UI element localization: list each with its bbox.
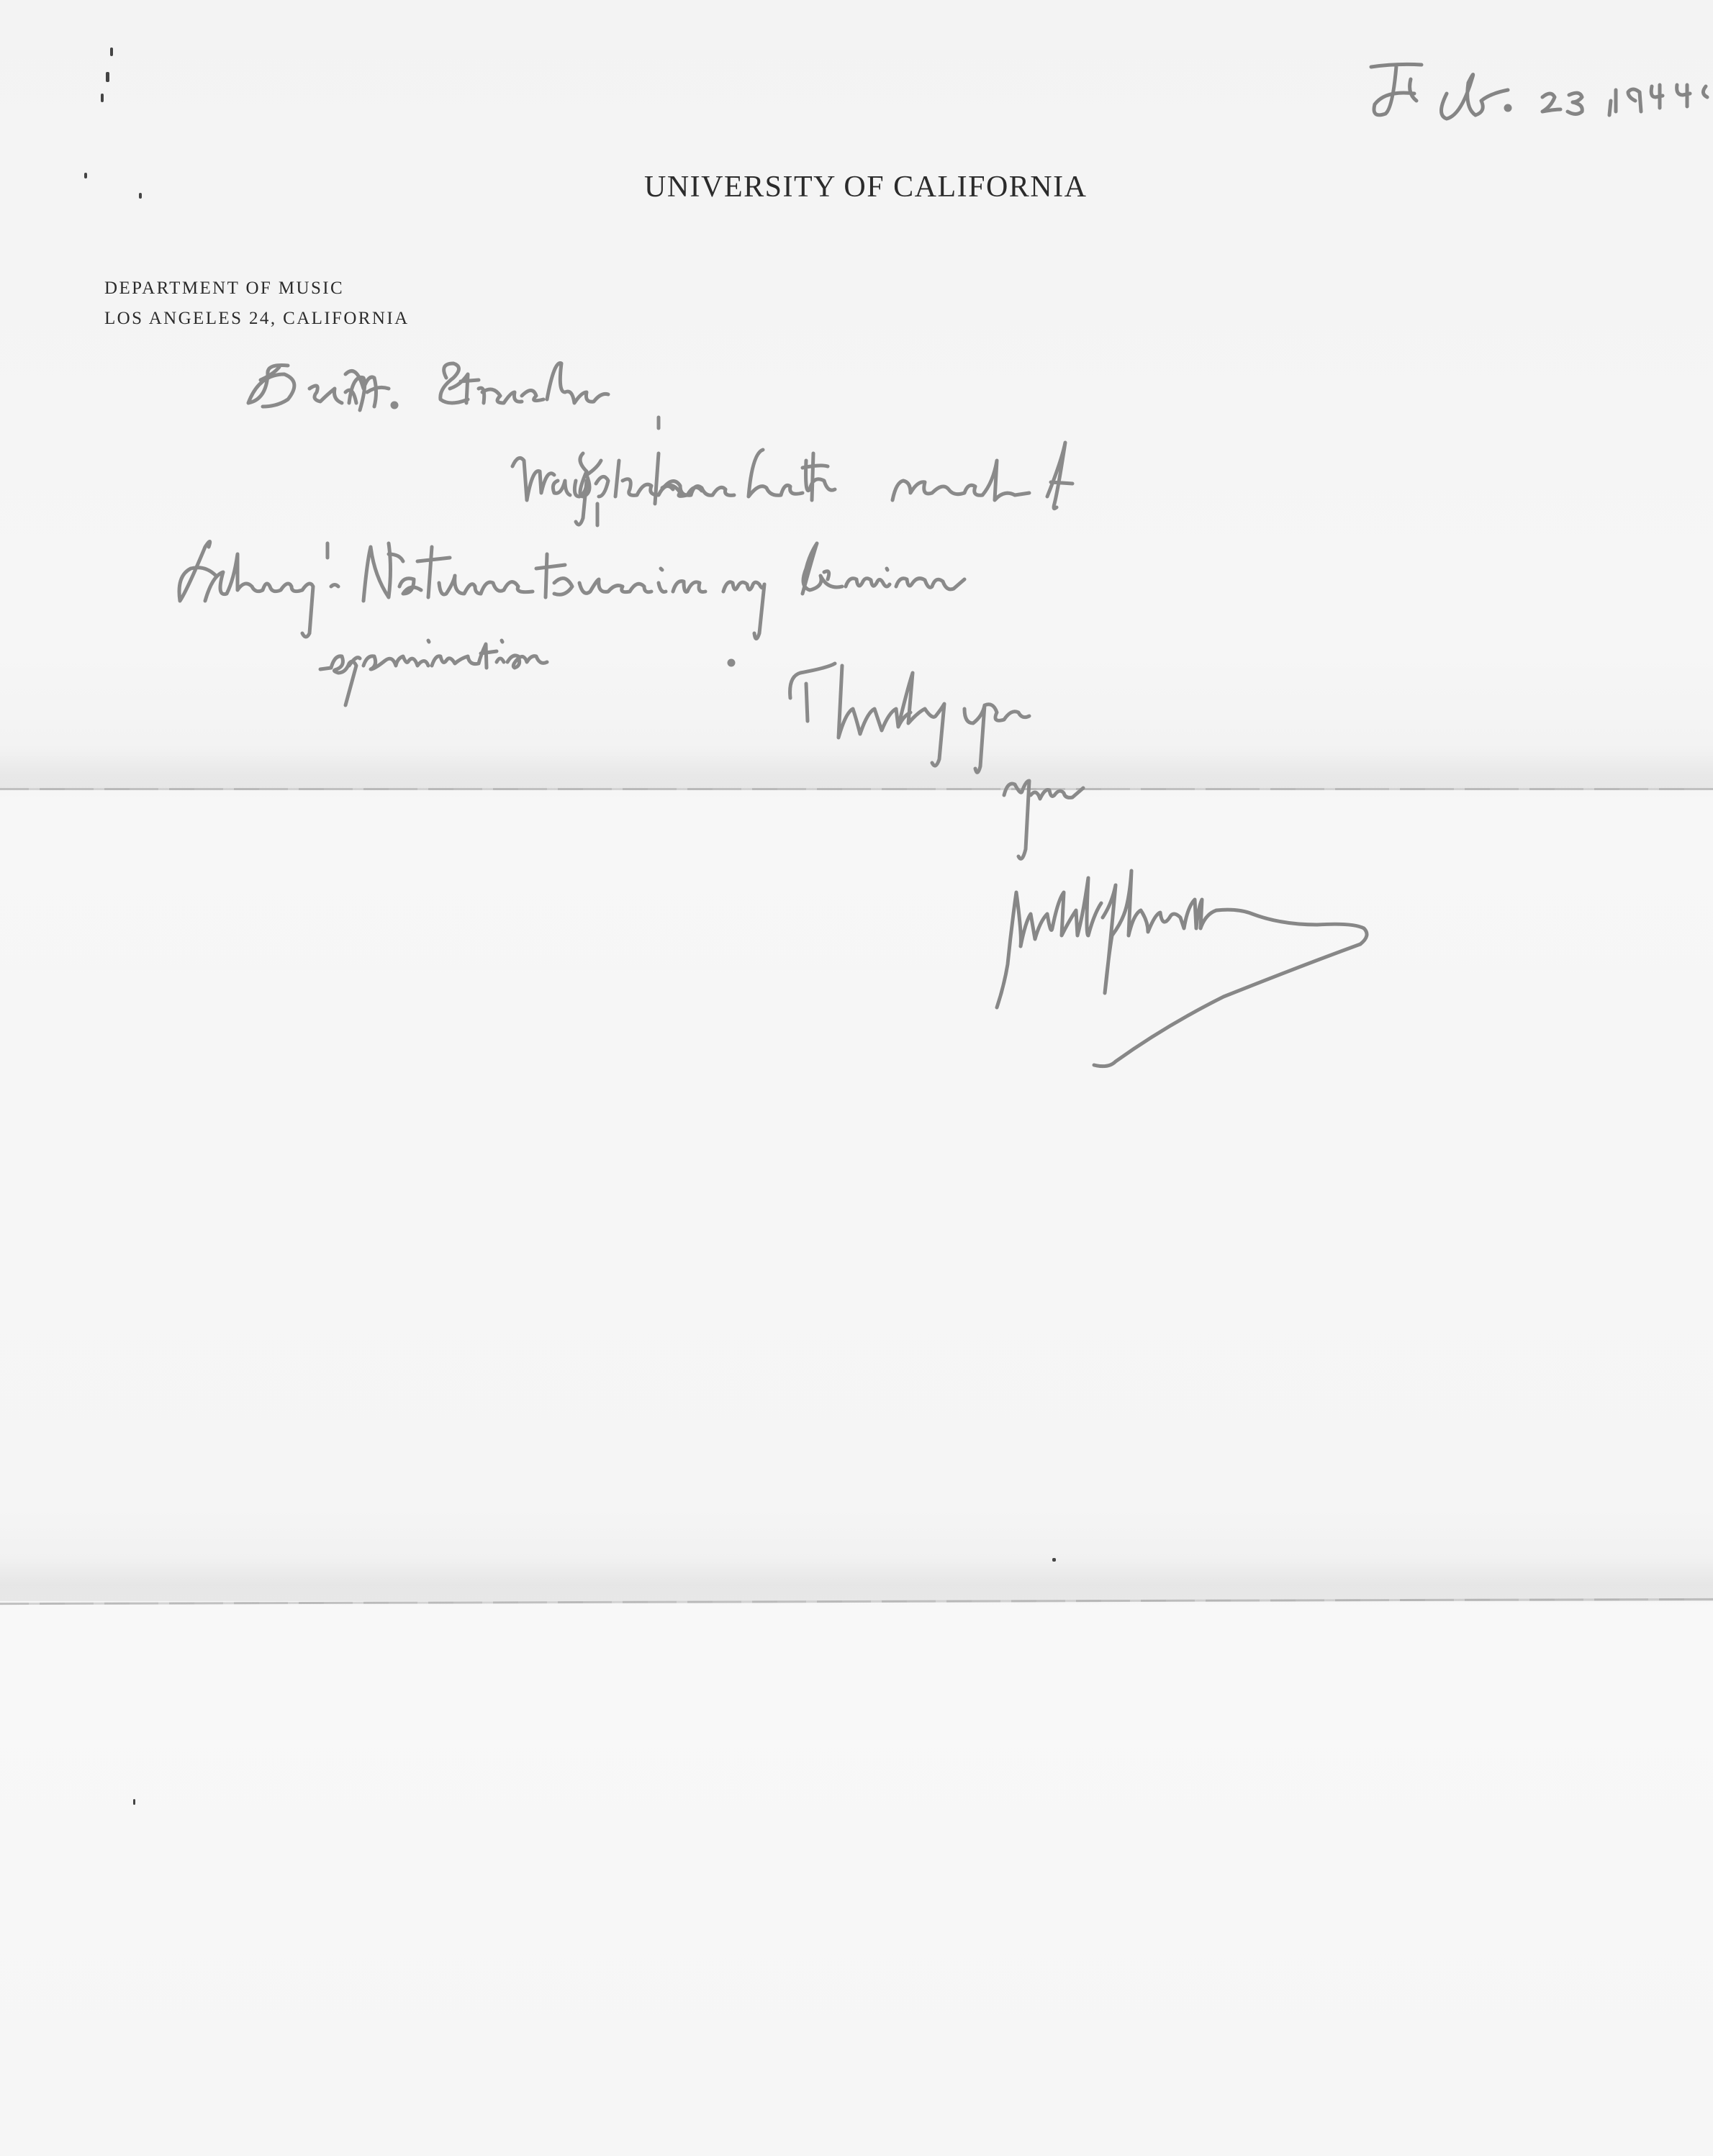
salutation-strokes <box>248 363 659 428</box>
closing-yours-strokes <box>1004 781 1083 859</box>
date-strokes <box>1371 64 1707 119</box>
body-line-1-strokes <box>512 443 1072 525</box>
body-line-2-strokes <box>179 542 964 639</box>
closing-thanks-strokes <box>790 663 1029 772</box>
signature-strokes <box>997 871 1367 1066</box>
body-line-3-strokes <box>320 640 733 705</box>
handwriting-layer <box>0 0 1713 2156</box>
